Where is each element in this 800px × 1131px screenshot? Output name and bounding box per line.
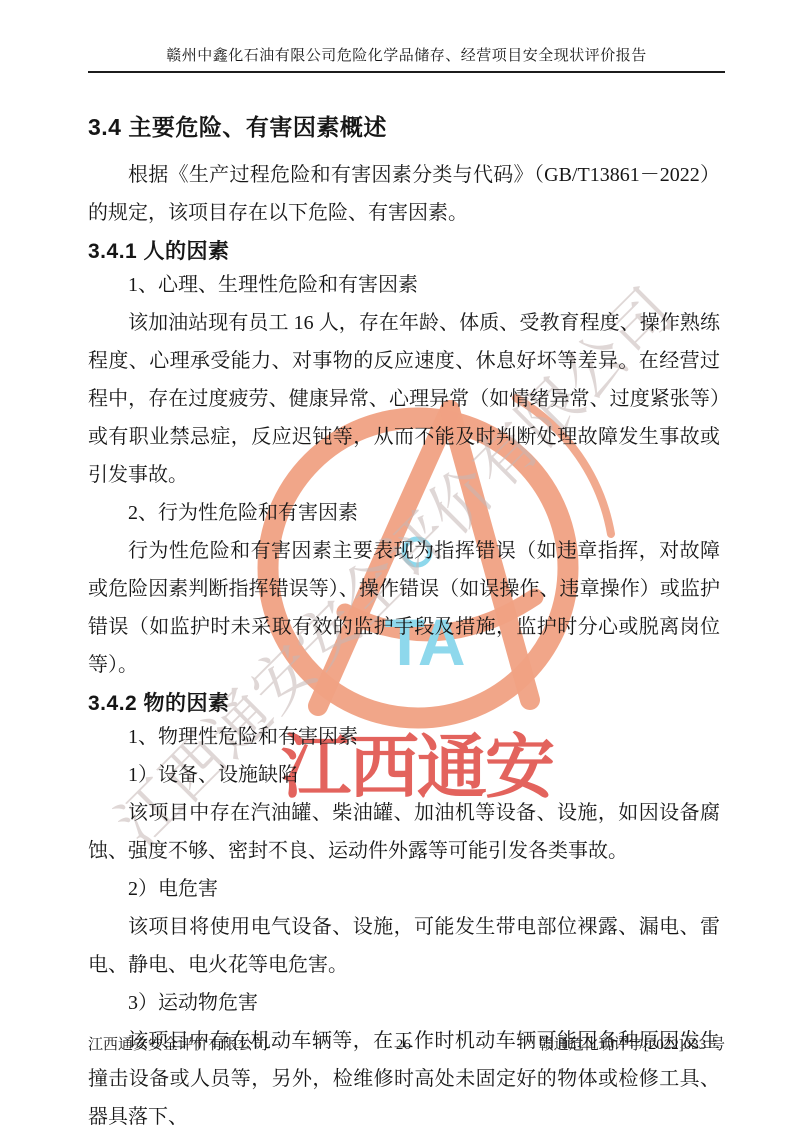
content-layer: 赣州中鑫化石油有限公司危险化学品储存、经营项目安全现状评价报告 3.4 主要危险… — [0, 0, 800, 1131]
paragraph: 行为性危险和有害因素主要表现为指挥错误（如违章指挥，对故障或危险因素判断指挥错误… — [88, 532, 720, 684]
paragraph: 该加油站现有员工 16 人，存在年龄、体质、受教育程度、操作熟练程度、心理承受能… — [88, 304, 720, 494]
list-item: 2、行为性危险和有害因素 — [88, 494, 720, 532]
report-page: TA 江西通安安全评价有限公司 江西通安 赣州中鑫化石油有限公司危险化学品储存、… — [0, 0, 800, 1131]
heading-3-4-1: 3.4.1 人的因素 — [88, 238, 720, 266]
list-item: 2）电危害 — [88, 870, 720, 908]
paragraph: 该项目中存在汽油罐、柴油罐、加油机等设备、设施，如因设备腐蚀、强度不够、密封不良… — [88, 794, 720, 870]
header-title: 赣州中鑫化石油有限公司危险化学品储存、经营项目安全现状评价报告 — [166, 48, 647, 64]
page-header: 赣州中鑫化石油有限公司危险化学品储存、经营项目安全现状评价报告 — [88, 46, 725, 73]
page-footer: 江西通安安全评价有限公司 26 赣通危化现评字[2022]033 号 — [88, 1034, 725, 1056]
list-item: 1、物理性危险和有害因素 — [88, 718, 720, 756]
list-item: 3）运动物危害 — [88, 984, 720, 1022]
intro-paragraph: 根据《生产过程危险和有害因素分类与代码》（GB/T13861－2022）的规定，… — [88, 156, 720, 232]
list-item: 1）设备、设施缺陷 — [88, 756, 720, 794]
section-title: 3.4 主要危险、有害因素概述 — [88, 112, 720, 142]
list-item: 1、心理、生理性危险和有害因素 — [88, 266, 720, 304]
footer-company: 江西通安安全评价有限公司 — [88, 1035, 268, 1055]
heading-3-4-2: 3.4.2 物的因素 — [88, 690, 720, 718]
document-body: 3.4 主要危险、有害因素概述 根据《生产过程危险和有害因素分类与代码》（GB/… — [88, 112, 720, 1131]
paragraph: 该项目将使用电气设备、设施，可能发生带电部位裸露、漏电、雷电、静电、电火花等电危… — [88, 908, 720, 984]
footer-doc-number: 赣通危化现评字[2022]033 号 — [539, 1035, 725, 1055]
page-number: 26 — [396, 1035, 411, 1055]
